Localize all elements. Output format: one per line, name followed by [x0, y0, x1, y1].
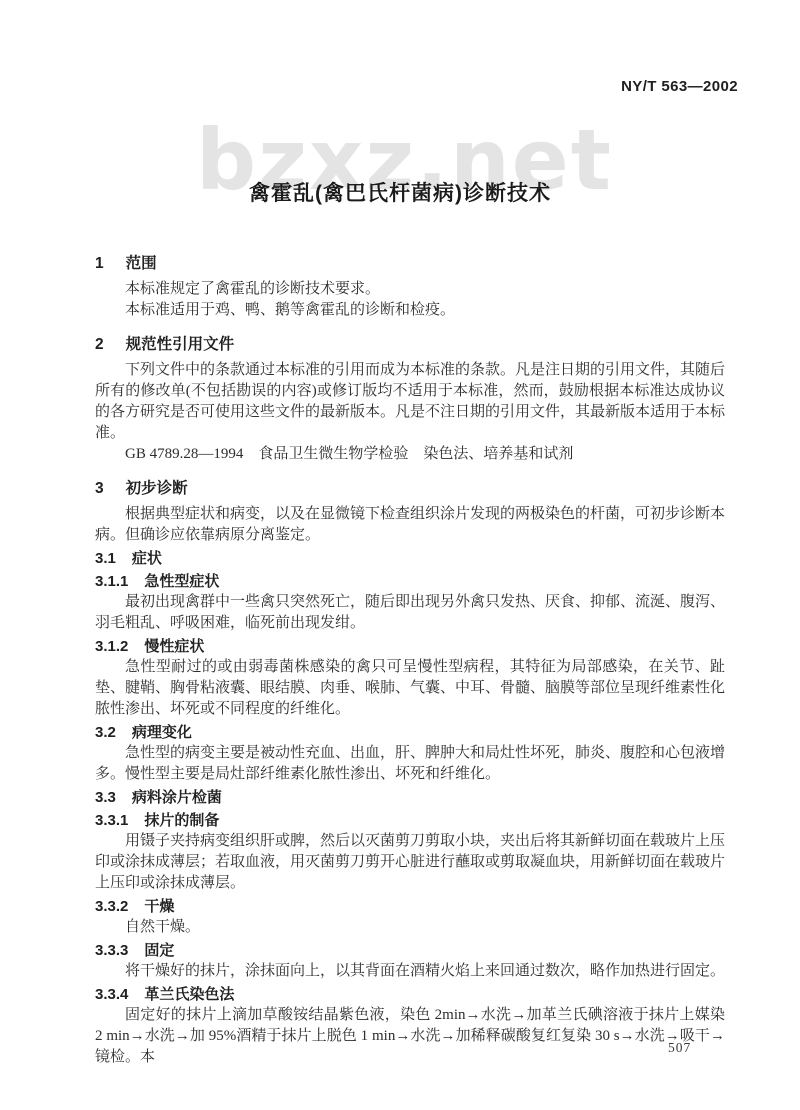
heading-smear-preparation-number: 3.3.1: [95, 812, 128, 829]
heading-chronic-symptoms: 3.1.2慢性症状: [95, 636, 725, 657]
para-fixation-text: 将干燥好的抹片，涂抹面向上，以其背面在酒精火焰上来回通过数次，略作加热进行固定。: [95, 961, 725, 982]
heading-gram-staining-number: 3.3.4: [95, 986, 128, 1003]
heading-fixation: 3.3.3固定: [95, 940, 725, 961]
page-number: 507: [668, 1040, 691, 1056]
heading-preliminary-diagnosis: 3初步诊断: [95, 478, 725, 499]
document-body: 1范围 本标准规定了禽霍乱的诊断技术要求。 本标准适用于鸡、鸭、鹅等禽霍乱的诊断…: [95, 240, 725, 1068]
heading-symptoms-title: 症状: [132, 550, 162, 567]
doc-code: NY/T 563—2002: [621, 78, 738, 95]
para-gram-staining-text: 固定好的抹片上滴加草酸铵结晶紫色液，染色 2min→水洗→加革兰氏碘溶液于抹片上…: [95, 1005, 725, 1068]
para-drying-text: 自然干燥。: [95, 917, 725, 938]
heading-normative-references: 2规范性引用文件: [95, 334, 725, 355]
heading-smear-examination-number: 3.3: [95, 789, 116, 806]
heading-pathological-changes-title: 病理变化: [132, 724, 192, 741]
heading-drying-title: 干燥: [144, 898, 174, 915]
heading-acute-symptoms-title: 急性型症状: [144, 573, 219, 590]
heading-symptoms: 3.1症状: [95, 548, 725, 569]
heading-smear-examination-title: 病料涂片检菌: [132, 789, 222, 806]
para-smear-preparation-text: 用镊子夹持病变组织肝或脾，然后以灭菌剪刀剪取小块，夹出后将其新鲜切面在载玻片上压…: [95, 831, 725, 894]
document-page: NY/T 563—2002 bzxz.net 禽霍乱(禽巴氏杆菌病)诊断技术 1…: [0, 0, 800, 1110]
heading-chronic-symptoms-number: 3.1.2: [95, 638, 128, 655]
para-reference-gb4789: GB 4789.28—1994 食品卫生微生物学检验 染色法、培养基和试剂: [95, 444, 725, 465]
heading-drying-number: 3.3.2: [95, 898, 128, 915]
heading-normative-references-title: 规范性引用文件: [126, 336, 235, 353]
heading-acute-symptoms-number: 3.1.1: [95, 573, 128, 590]
para-references-intro: 下列文件中的条款通过本标准的引用而成为本标准的条款。凡是注日期的引用文件，其随后…: [95, 360, 725, 444]
heading-scope: 1范围: [95, 253, 725, 274]
heading-fixation-title: 固定: [144, 942, 174, 959]
heading-fixation-number: 3.3.3: [95, 942, 128, 959]
para-diagnosis-basis: 根据典型症状和病变，以及在显微镜下检查组织涂片发现的两极染色的杆菌，可初步诊断本…: [95, 504, 725, 546]
heading-drying: 3.3.2干燥: [95, 896, 725, 917]
para-scope-applicability: 本标准适用于鸡、鸭、鹅等禽霍乱的诊断和检疫。: [95, 300, 725, 321]
heading-preliminary-diagnosis-title: 初步诊断: [126, 480, 188, 497]
para-chronic-symptoms-text: 急性型耐过的或由弱毒菌株感染的禽只可呈慢性型病程，其特征为局部感染，在关节、趾垫…: [95, 657, 725, 720]
heading-symptoms-number: 3.1: [95, 550, 116, 567]
para-scope-requirement: 本标准规定了禽霍乱的诊断技术要求。: [95, 279, 725, 300]
heading-smear-preparation: 3.3.1抹片的制备: [95, 810, 725, 831]
heading-normative-references-number: 2: [95, 336, 104, 353]
heading-chronic-symptoms-title: 慢性症状: [144, 638, 204, 655]
heading-scope-title: 范围: [126, 255, 157, 272]
heading-gram-staining-title: 革兰氏染色法: [144, 986, 234, 1003]
heading-smear-examination: 3.3病料涂片检菌: [95, 787, 725, 808]
page-title: 禽霍乱(禽巴氏杆菌病)诊断技术: [0, 177, 800, 207]
heading-preliminary-diagnosis-number: 3: [95, 480, 104, 497]
heading-gram-staining: 3.3.4革兰氏染色法: [95, 984, 725, 1005]
para-pathology-text: 急性型的病变主要是被动性充血、出血，肝、脾肿大和局灶性坏死，肺炎、腹腔和心包液增…: [95, 743, 725, 785]
heading-pathological-changes: 3.2病理变化: [95, 722, 725, 743]
heading-acute-symptoms: 3.1.1急性型症状: [95, 571, 725, 592]
heading-smear-preparation-title: 抹片的制备: [144, 812, 219, 829]
heading-scope-number: 1: [95, 255, 104, 272]
para-acute-symptoms-text: 最初出现禽群中一些禽只突然死亡，随后即出现另外禽只发热、厌食、抑郁、流涎、腹泻、…: [95, 592, 725, 634]
heading-pathological-changes-number: 3.2: [95, 724, 116, 741]
